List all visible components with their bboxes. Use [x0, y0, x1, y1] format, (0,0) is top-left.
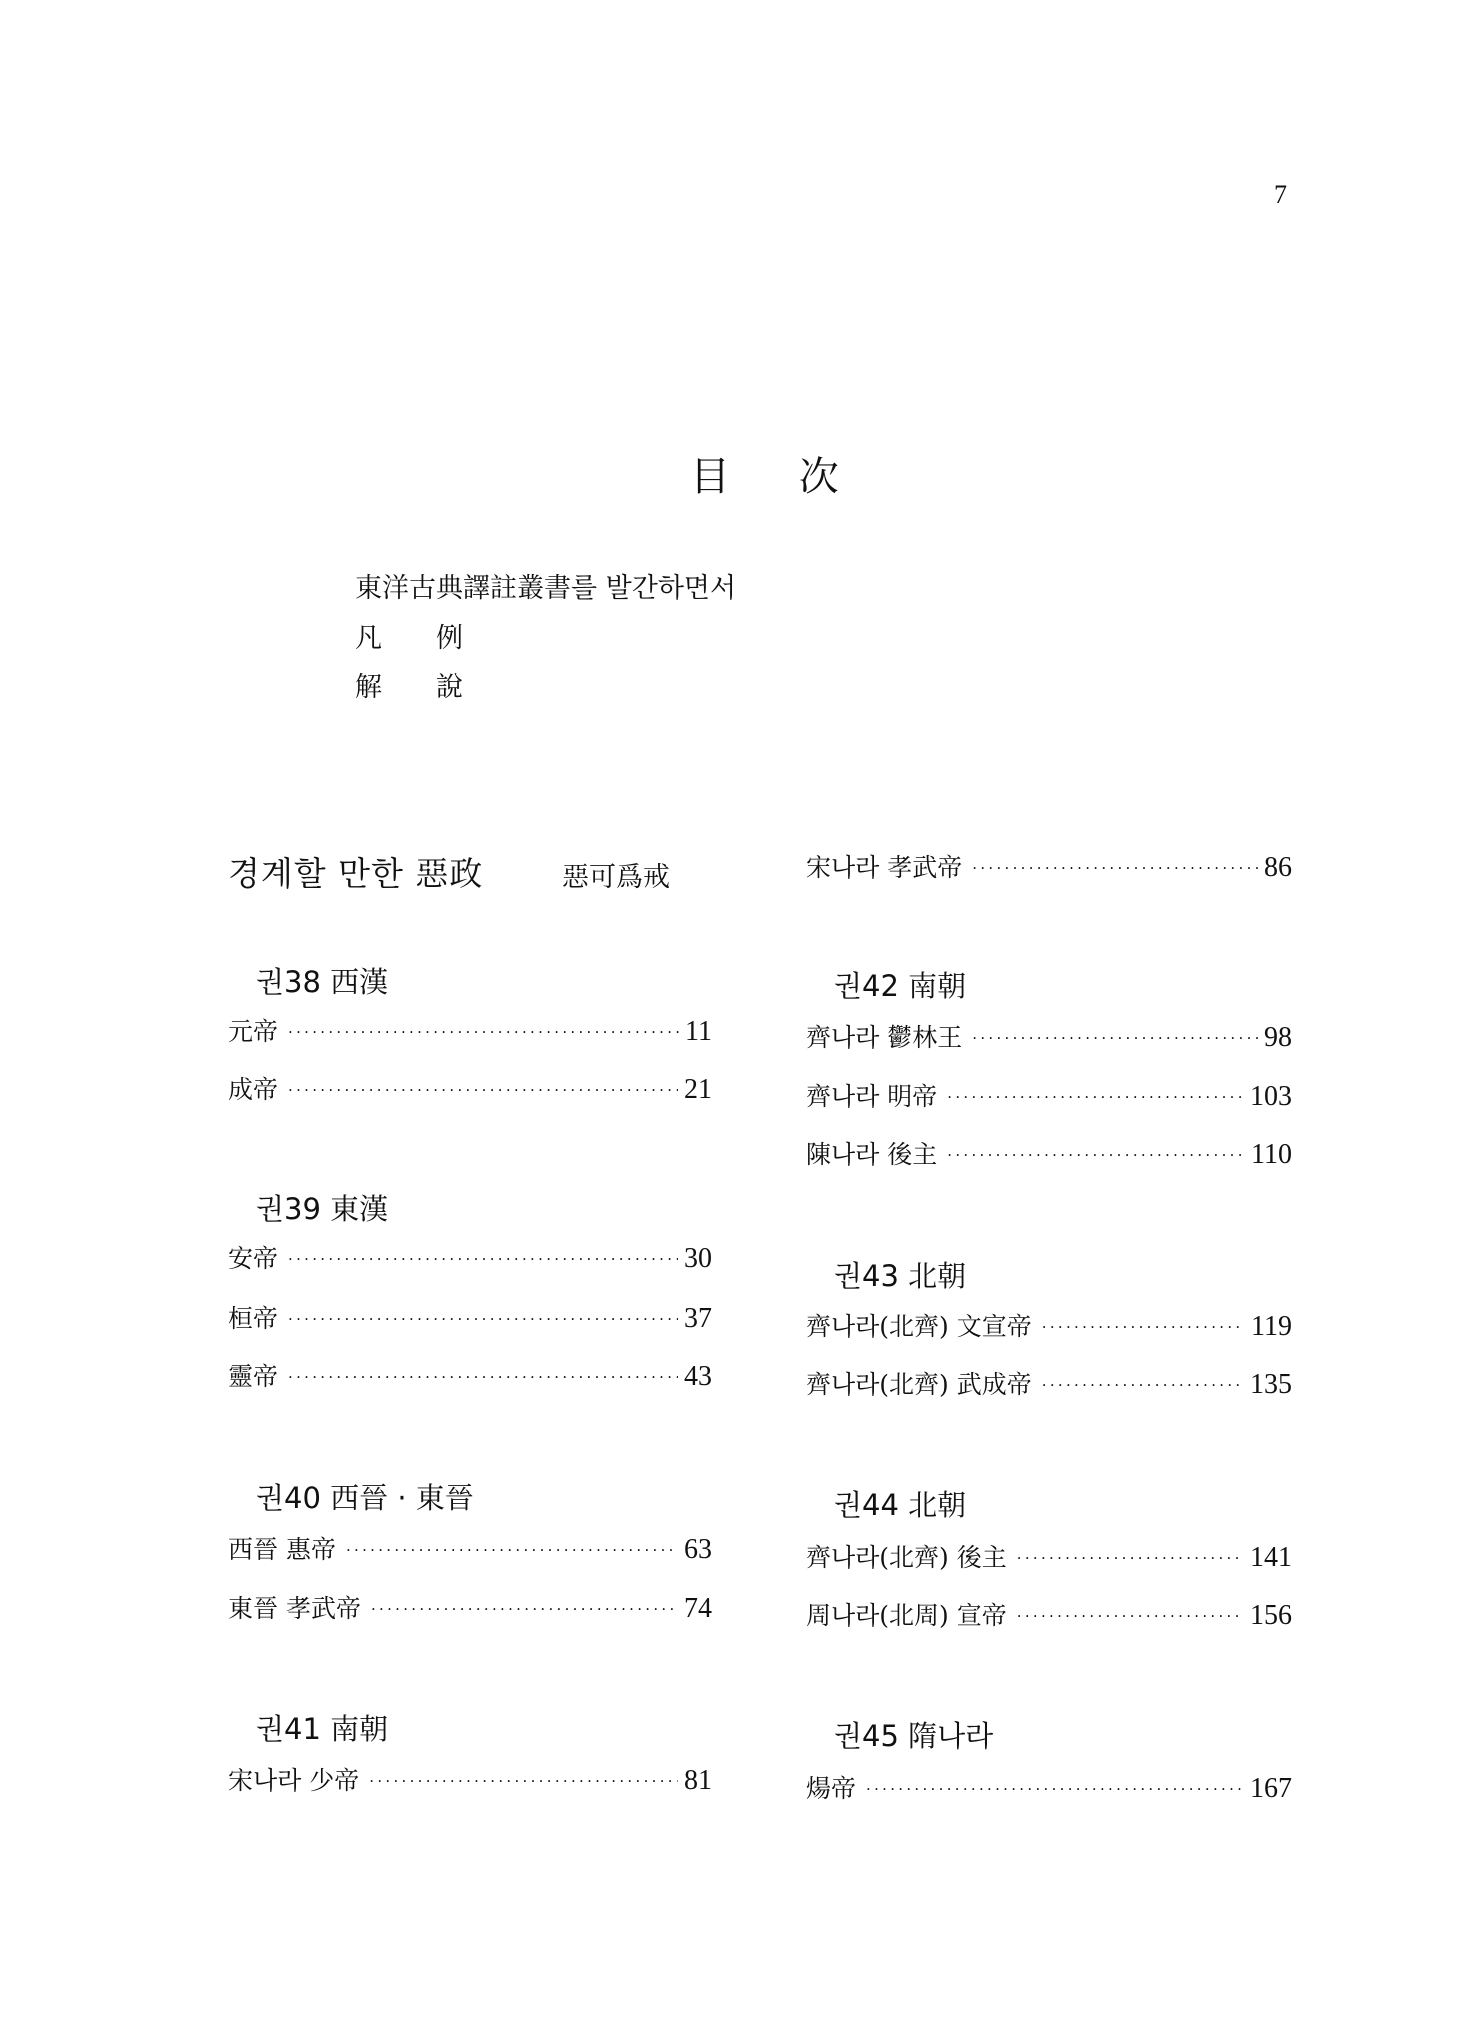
volume-heading-45: 권45 隋나라 — [834, 1714, 993, 1755]
toc-entry[interactable]: 安帝 ·····································… — [228, 1239, 712, 1275]
leader-dots: ········································… — [866, 1780, 1244, 1798]
entry-page: 43 — [678, 1361, 712, 1393]
entry-page: 11 — [679, 1016, 712, 1048]
front-conventions-label-b: 例 — [436, 623, 463, 654]
entry-page: 103 — [1244, 1081, 1292, 1113]
entry-label: 安帝 — [228, 1239, 288, 1275]
entry-label: 西晉 惠帝 — [228, 1530, 346, 1566]
toc-entry[interactable]: 齊나라(北齊) 後主 ·····························… — [806, 1538, 1292, 1574]
entry-page: 63 — [678, 1534, 712, 1566]
entry-label: 齊나라 鬱林王 — [806, 1018, 972, 1054]
toc-entry[interactable]: 宋나라 孝武帝 ································… — [806, 848, 1292, 884]
page-number: 7 — [1274, 180, 1287, 210]
toc-entry[interactable]: 齊나라 鬱林王 ································… — [806, 1018, 1292, 1054]
entry-label: 齊나라(北齊) 武成帝 — [806, 1365, 1042, 1401]
volume-heading-43: 권43 北朝 — [834, 1254, 966, 1295]
toc-front-preface[interactable]: 東洋古典譯註叢書를 발간하면서 — [355, 566, 736, 605]
entry-label: 齊나라(北齊) 後主 — [806, 1538, 1017, 1574]
leader-dots: ········································… — [288, 1368, 678, 1386]
entry-page: 86 — [1258, 852, 1292, 884]
toc-entry[interactable]: 桓帝 ·····································… — [228, 1299, 712, 1335]
leader-dots: ········································… — [369, 1772, 678, 1790]
volume-heading-41: 권41 南朝 — [256, 1707, 388, 1748]
toc-entry[interactable]: 齊나라(北齊) 文宣帝 ····························… — [806, 1307, 1292, 1343]
entry-page: 37 — [678, 1303, 712, 1335]
toc-entry[interactable]: 煬帝 ·····································… — [806, 1769, 1292, 1805]
leader-dots: ········································… — [1042, 1376, 1244, 1394]
volume-heading-44: 권44 北朝 — [834, 1483, 966, 1524]
leader-dots: ········································… — [288, 1310, 678, 1328]
front-commentary-label-a: 解 — [355, 672, 382, 703]
toc-entry[interactable]: 齊나라 明帝 ·································… — [806, 1077, 1292, 1113]
entry-label: 周나라(北周) 宣帝 — [806, 1596, 1017, 1632]
toc-front-commentary[interactable]: 解說 — [355, 665, 463, 704]
leader-dots: ········································… — [288, 1250, 678, 1268]
leader-dots: ········································… — [1042, 1318, 1245, 1336]
volume-heading-39: 권39 東漢 — [256, 1187, 388, 1228]
entry-page: 21 — [678, 1074, 712, 1106]
entry-page: 135 — [1244, 1369, 1292, 1401]
leader-dots: ········································… — [288, 1081, 678, 1099]
toc-entry[interactable]: 陳나라 後主 ·································… — [806, 1135, 1292, 1171]
entry-label: 成帝 — [228, 1070, 288, 1106]
entry-label: 齊나라(北齊) 文宣帝 — [806, 1307, 1042, 1343]
front-commentary-label-b: 說 — [436, 672, 463, 703]
leader-dots: ········································… — [947, 1088, 1244, 1106]
toc-entry[interactable]: 齊나라(北齊) 武成帝 ····························… — [806, 1365, 1292, 1401]
toc-entry[interactable]: 周나라(北周) 宣帝 ·····························… — [806, 1596, 1292, 1632]
volume-heading-38: 권38 西漢 — [256, 960, 388, 1001]
entry-label: 宋나라 孝武帝 — [806, 848, 972, 884]
toc-entry[interactable]: 元帝 ·····································… — [228, 1012, 712, 1048]
entry-page: 98 — [1258, 1022, 1292, 1054]
entry-label: 煬帝 — [806, 1769, 866, 1805]
entry-page: 110 — [1245, 1139, 1292, 1171]
leader-dots: ········································… — [371, 1600, 678, 1618]
leader-dots: ········································… — [947, 1146, 1245, 1164]
leader-dots: ········································… — [288, 1023, 679, 1041]
entry-label: 桓帝 — [228, 1299, 288, 1335]
toc-title: 目 次 — [690, 445, 867, 502]
entry-page: 167 — [1244, 1773, 1292, 1805]
toc-entry[interactable]: 成帝 ·····································… — [228, 1070, 712, 1106]
front-preface-label: 東洋古典譯註叢書를 발간하면서 — [355, 573, 736, 604]
entry-page: 30 — [678, 1243, 712, 1275]
leader-dots: ········································… — [1017, 1607, 1244, 1625]
entry-label: 元帝 — [228, 1012, 288, 1048]
front-conventions-label-a: 凡 — [355, 623, 382, 654]
entry-page: 119 — [1245, 1311, 1292, 1343]
entry-page: 156 — [1244, 1600, 1292, 1632]
part-subtitle: 惡可爲戒 — [562, 855, 670, 894]
toc-front-conventions[interactable]: 凡例 — [355, 616, 463, 655]
entry-label: 靈帝 — [228, 1357, 288, 1393]
toc-entry[interactable]: 西晉 惠帝 ··································… — [228, 1530, 712, 1566]
volume-heading-40: 권40 西晉 · 東晉 — [256, 1476, 474, 1517]
entry-page: 81 — [678, 1765, 712, 1797]
volume-heading-42: 권42 南朝 — [834, 964, 966, 1005]
leader-dots: ········································… — [972, 1029, 1258, 1047]
entry-label: 齊나라 明帝 — [806, 1077, 947, 1113]
leader-dots: ········································… — [972, 859, 1258, 877]
entry-label: 宋나라 少帝 — [228, 1761, 369, 1797]
entry-page: 141 — [1244, 1542, 1292, 1574]
toc-entry[interactable]: 宋나라 少帝 ·································… — [228, 1761, 712, 1797]
toc-entry[interactable]: 東晉 孝武帝 ·································… — [228, 1589, 712, 1625]
entry-page: 74 — [678, 1593, 712, 1625]
toc-entry[interactable]: 靈帝 ·····································… — [228, 1357, 712, 1393]
entry-label: 陳나라 後主 — [806, 1135, 947, 1171]
entry-label: 東晉 孝武帝 — [228, 1589, 371, 1625]
leader-dots: ········································… — [1017, 1549, 1244, 1567]
part-title: 경계할 만한 惡政 — [228, 848, 483, 895]
leader-dots: ········································… — [346, 1541, 678, 1559]
